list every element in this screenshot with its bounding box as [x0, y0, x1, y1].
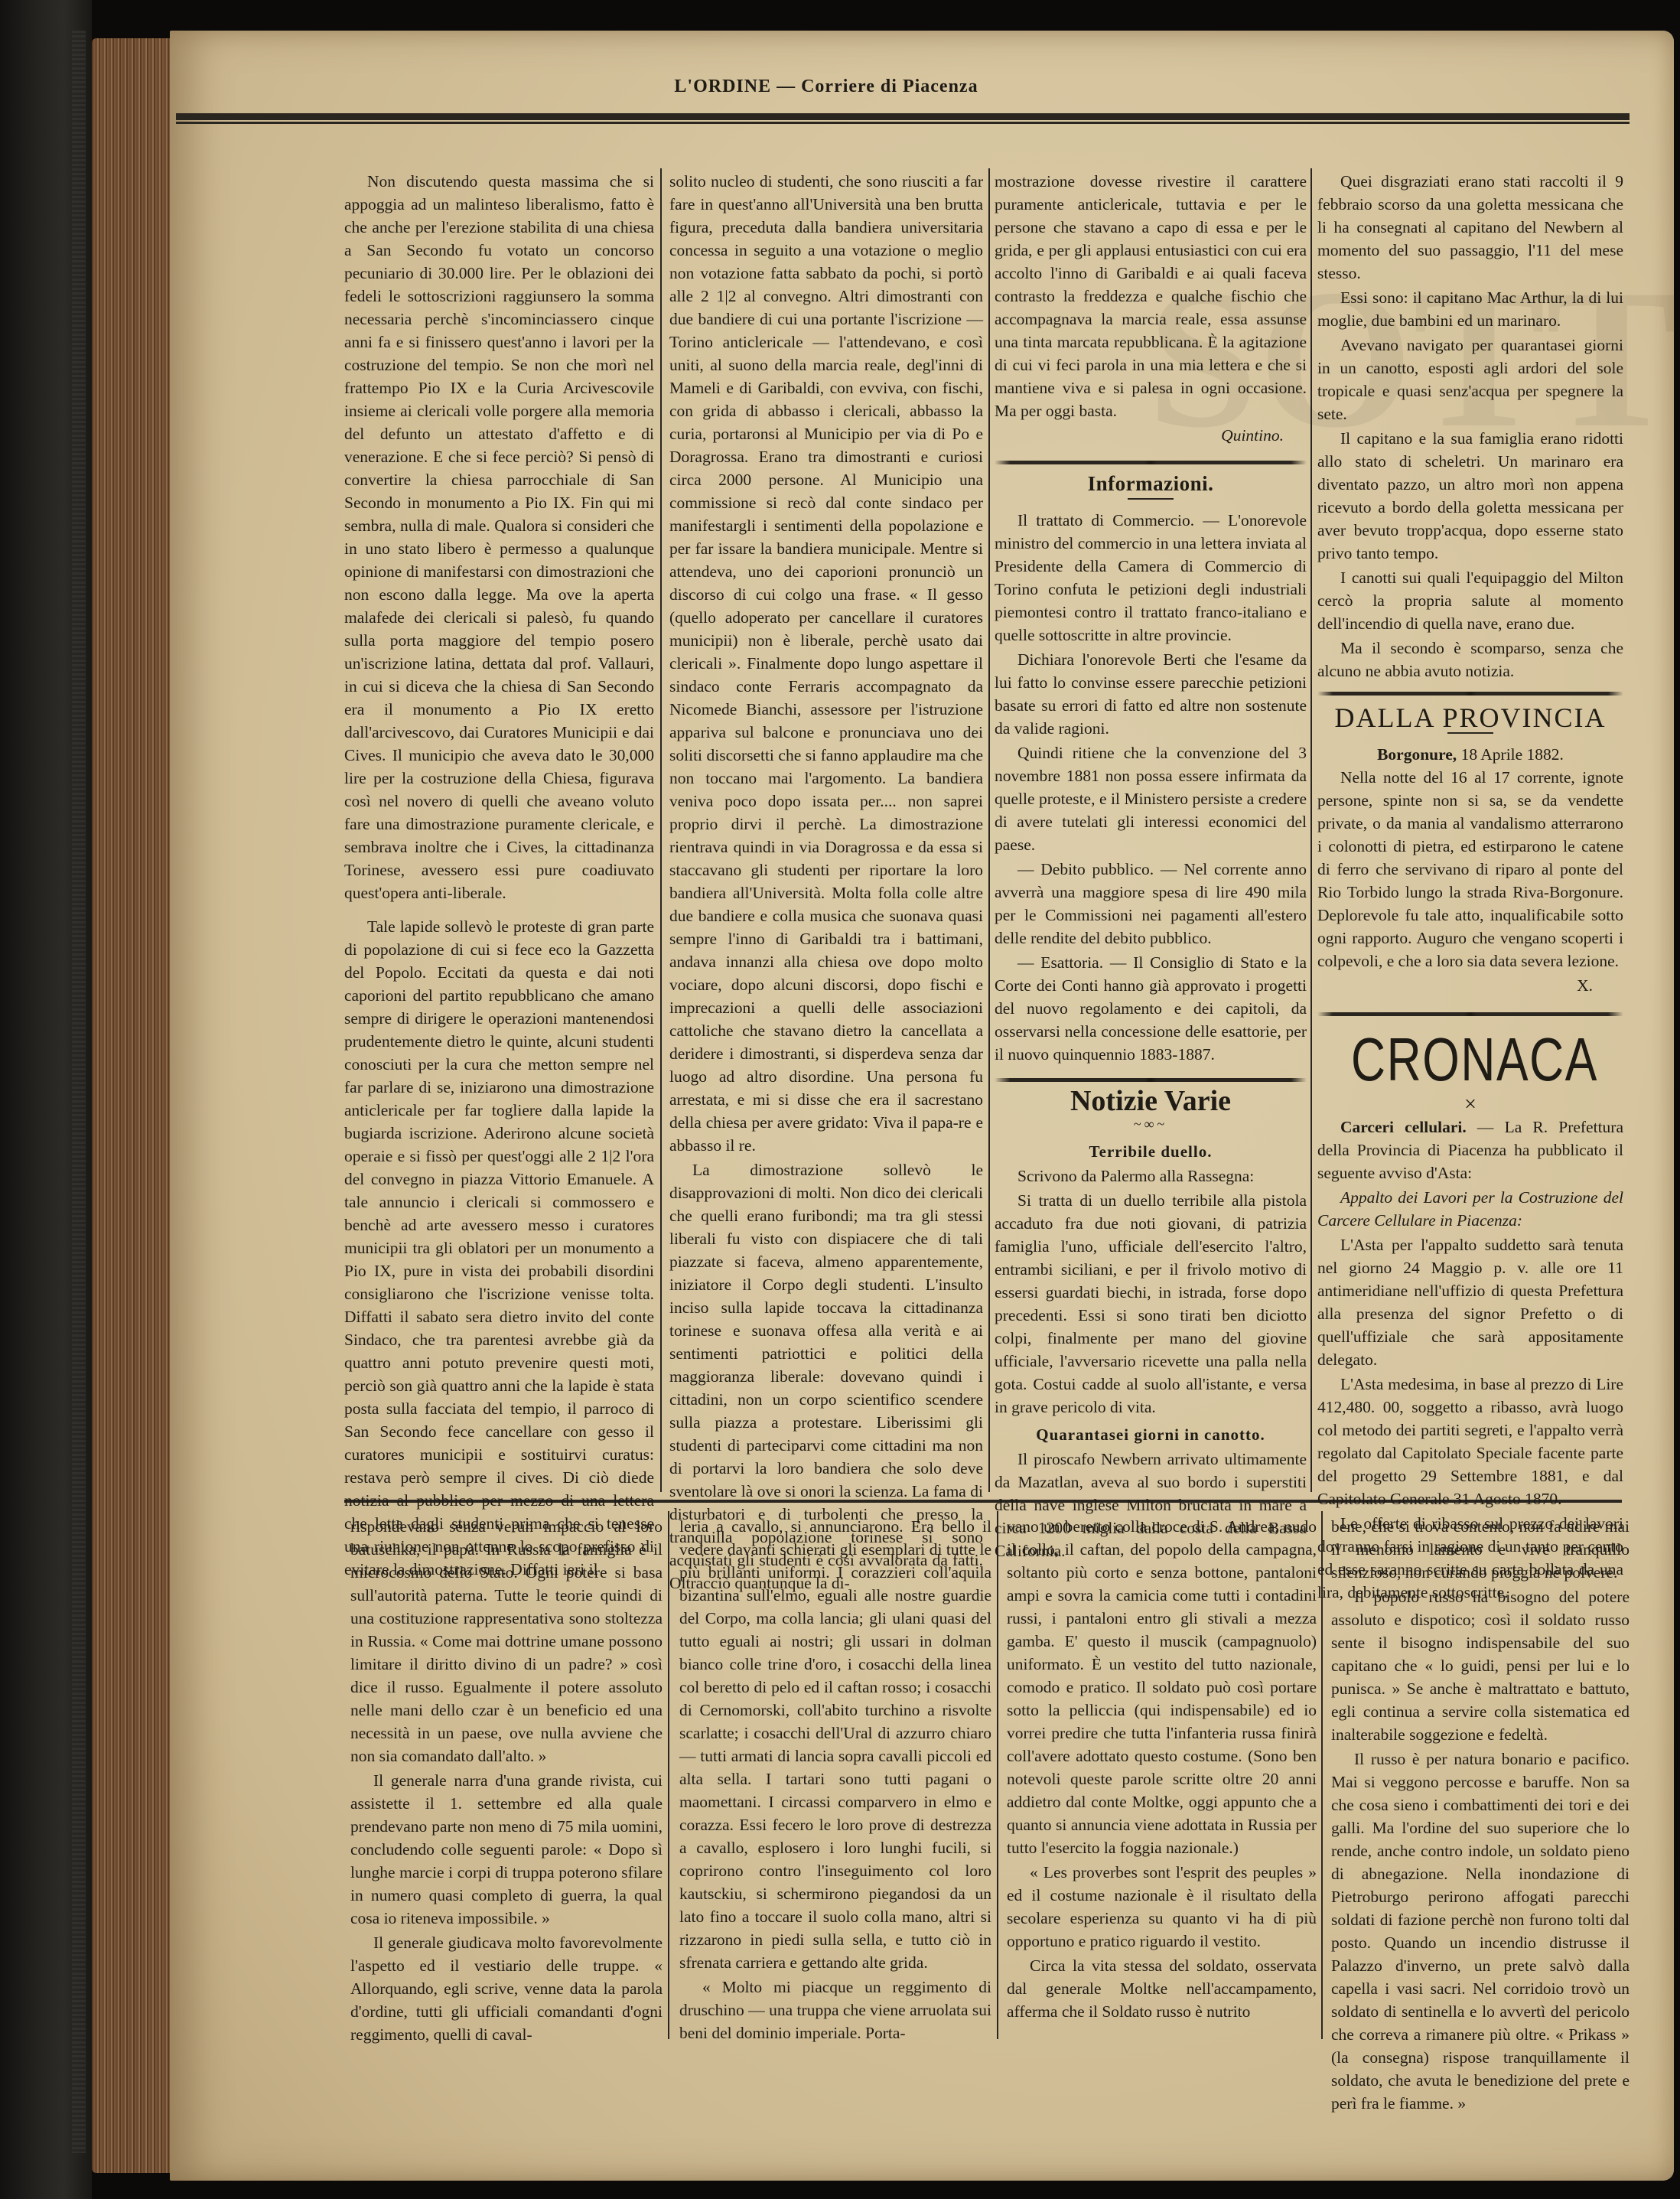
article-paragraph: Il popolo russo ha bisogno del potere as… [1331, 1585, 1630, 1746]
author-signature: Quintino. [995, 424, 1307, 447]
page-edges [92, 38, 172, 2173]
article-column-1: Non discutendo questa massima che si app… [344, 170, 654, 1582]
news-item: Avevano navigato per quarantasei giorni … [1317, 334, 1623, 425]
news-item: Ma il secondo è scomparso, senza che alc… [1317, 637, 1623, 683]
article-paragraph: Non discutendo questa massima che si app… [344, 170, 654, 904]
section-rule [995, 1078, 1307, 1082]
article-column-2: solito nucleo di studenti, che sono rius… [669, 170, 983, 1596]
section-title-notizie-varie: Notizie Varie [995, 1090, 1307, 1113]
article-paragraph: leria a cavallo, si annunciarono. Era be… [679, 1515, 991, 1974]
dateline: Borgonure, 18 Aprile 1882. [1317, 743, 1623, 766]
section-rule [1317, 1012, 1623, 1016]
article-paragraph: « Les proverbes sont l'esprit des peuple… [1007, 1861, 1317, 1953]
news-item: — Esattoria. — Il Consiglio di Stato e l… [995, 951, 1307, 1066]
feuilleton-column-4: bene, che si trova contento, non fa udir… [1331, 1515, 1630, 2116]
news-item: Il capitano e la sua famiglia erano rido… [1317, 427, 1623, 565]
article-paragraph: solito nucleo di studenti, che sono rius… [669, 170, 983, 1157]
news-item: Quindi ritiene che la convenzione del 3 … [995, 741, 1307, 856]
news-item: — Debito pubblico. — Nel corrente anno a… [995, 858, 1307, 950]
article-paragraph: mostrazione dovesse rivestire il caratte… [995, 170, 1307, 422]
column-divider [997, 1511, 998, 2039]
section-rule [995, 461, 1307, 464]
section-title-dalla-provincia: DALLA PROVINCIA [1317, 706, 1623, 729]
ornament-flourish: ~∞~ [995, 1113, 1307, 1135]
title-dash [1128, 498, 1174, 500]
article-paragraph: « Molto mi piacque un reggimento di drus… [679, 1976, 991, 2044]
article-paragraph: bene, che si trova contento, non fa udir… [1331, 1515, 1630, 1584]
feuilleton-column-1: rispondevano senza verun impaccio al lor… [350, 1515, 663, 2048]
news-item: Essi sono: il capitano Mac Arthur, la di… [1317, 286, 1623, 332]
news-item: I canotti sui quali l'equipaggio del Mil… [1317, 566, 1623, 635]
cross-ornament: × [1317, 1094, 1623, 1116]
dateline-place: Borgonure, [1377, 745, 1457, 764]
header-rule [176, 113, 1630, 124]
headline-carceri: Carceri cellulari. [1340, 1118, 1467, 1136]
article-paragraph: vano un beretto colla croce di S. Andrea… [1007, 1515, 1317, 1859]
news-item: Carceri cellulari. — La R. Prefettura de… [1317, 1116, 1623, 1184]
section-title-informazioni: Informazioni. [995, 472, 1307, 495]
feuilleton-column-3: vano un beretto colla croce di S. Andrea… [1007, 1515, 1317, 2025]
news-item: Si tratta di un duello terribile alla pi… [995, 1189, 1307, 1419]
column-divider [1310, 168, 1312, 1492]
news-item: Dichiara l'onorevole Berti che l'esame d… [995, 648, 1307, 740]
article-paragraph: Il russo è per natura bonario e pacifico… [1331, 1748, 1630, 2115]
section-title-cronaca: CRONACA [1351, 1025, 1590, 1094]
news-item: L'Asta medesima, in base al prezzo di Li… [1317, 1373, 1623, 1510]
news-item: Quei disgraziati erano stati raccolti il… [1317, 170, 1623, 285]
dateline-date: 18 Aprile 1882. [1461, 745, 1564, 764]
article-paragraph: Il generale giudicava molto favorevolmen… [350, 1931, 663, 2046]
article-paragraph: Circa la vita stessa del soldato, osserv… [1007, 1954, 1317, 2023]
article-paragraph: rispondevano senza verun impaccio al lor… [350, 1515, 663, 1767]
column-divider [988, 168, 990, 1492]
appalto-heading: Appalto dei Lavori per la Costruzione de… [1317, 1186, 1623, 1232]
article-paragraph: Il generale narra d'una grande rivista, … [350, 1769, 663, 1930]
column-divider [660, 168, 662, 1492]
article-column-4: Quei disgraziati erano stati raccolti il… [1317, 170, 1623, 1605]
article-column-3: mostrazione dovesse rivestire il caratte… [995, 170, 1307, 1564]
article-paragraph: Tale lapide sollevò le proteste di gran … [344, 915, 654, 1581]
headline-canotto: Quarantasei giorni in canotto. [995, 1423, 1307, 1446]
news-item: Nella notte del 16 al 17 corrente, ignot… [1317, 766, 1623, 972]
headline-duello: Terribile duello. [995, 1140, 1307, 1163]
news-item: L'Asta per l'appalto suddetto sarà tenut… [1317, 1233, 1623, 1371]
book-binding [0, 0, 92, 2199]
news-item: Il trattato di Commercio. — L'onorevole … [995, 509, 1307, 647]
feuilleton-column-2: leria a cavallo, si annunciarono. Era be… [679, 1515, 991, 2046]
news-intro: Scrivono da Palermo alla Rassegna: [995, 1165, 1307, 1187]
section-rule [1317, 692, 1623, 696]
author-signature: X. [1317, 974, 1623, 997]
page-header: L'ORDINE — Corriere di Piacenza [176, 77, 1477, 97]
